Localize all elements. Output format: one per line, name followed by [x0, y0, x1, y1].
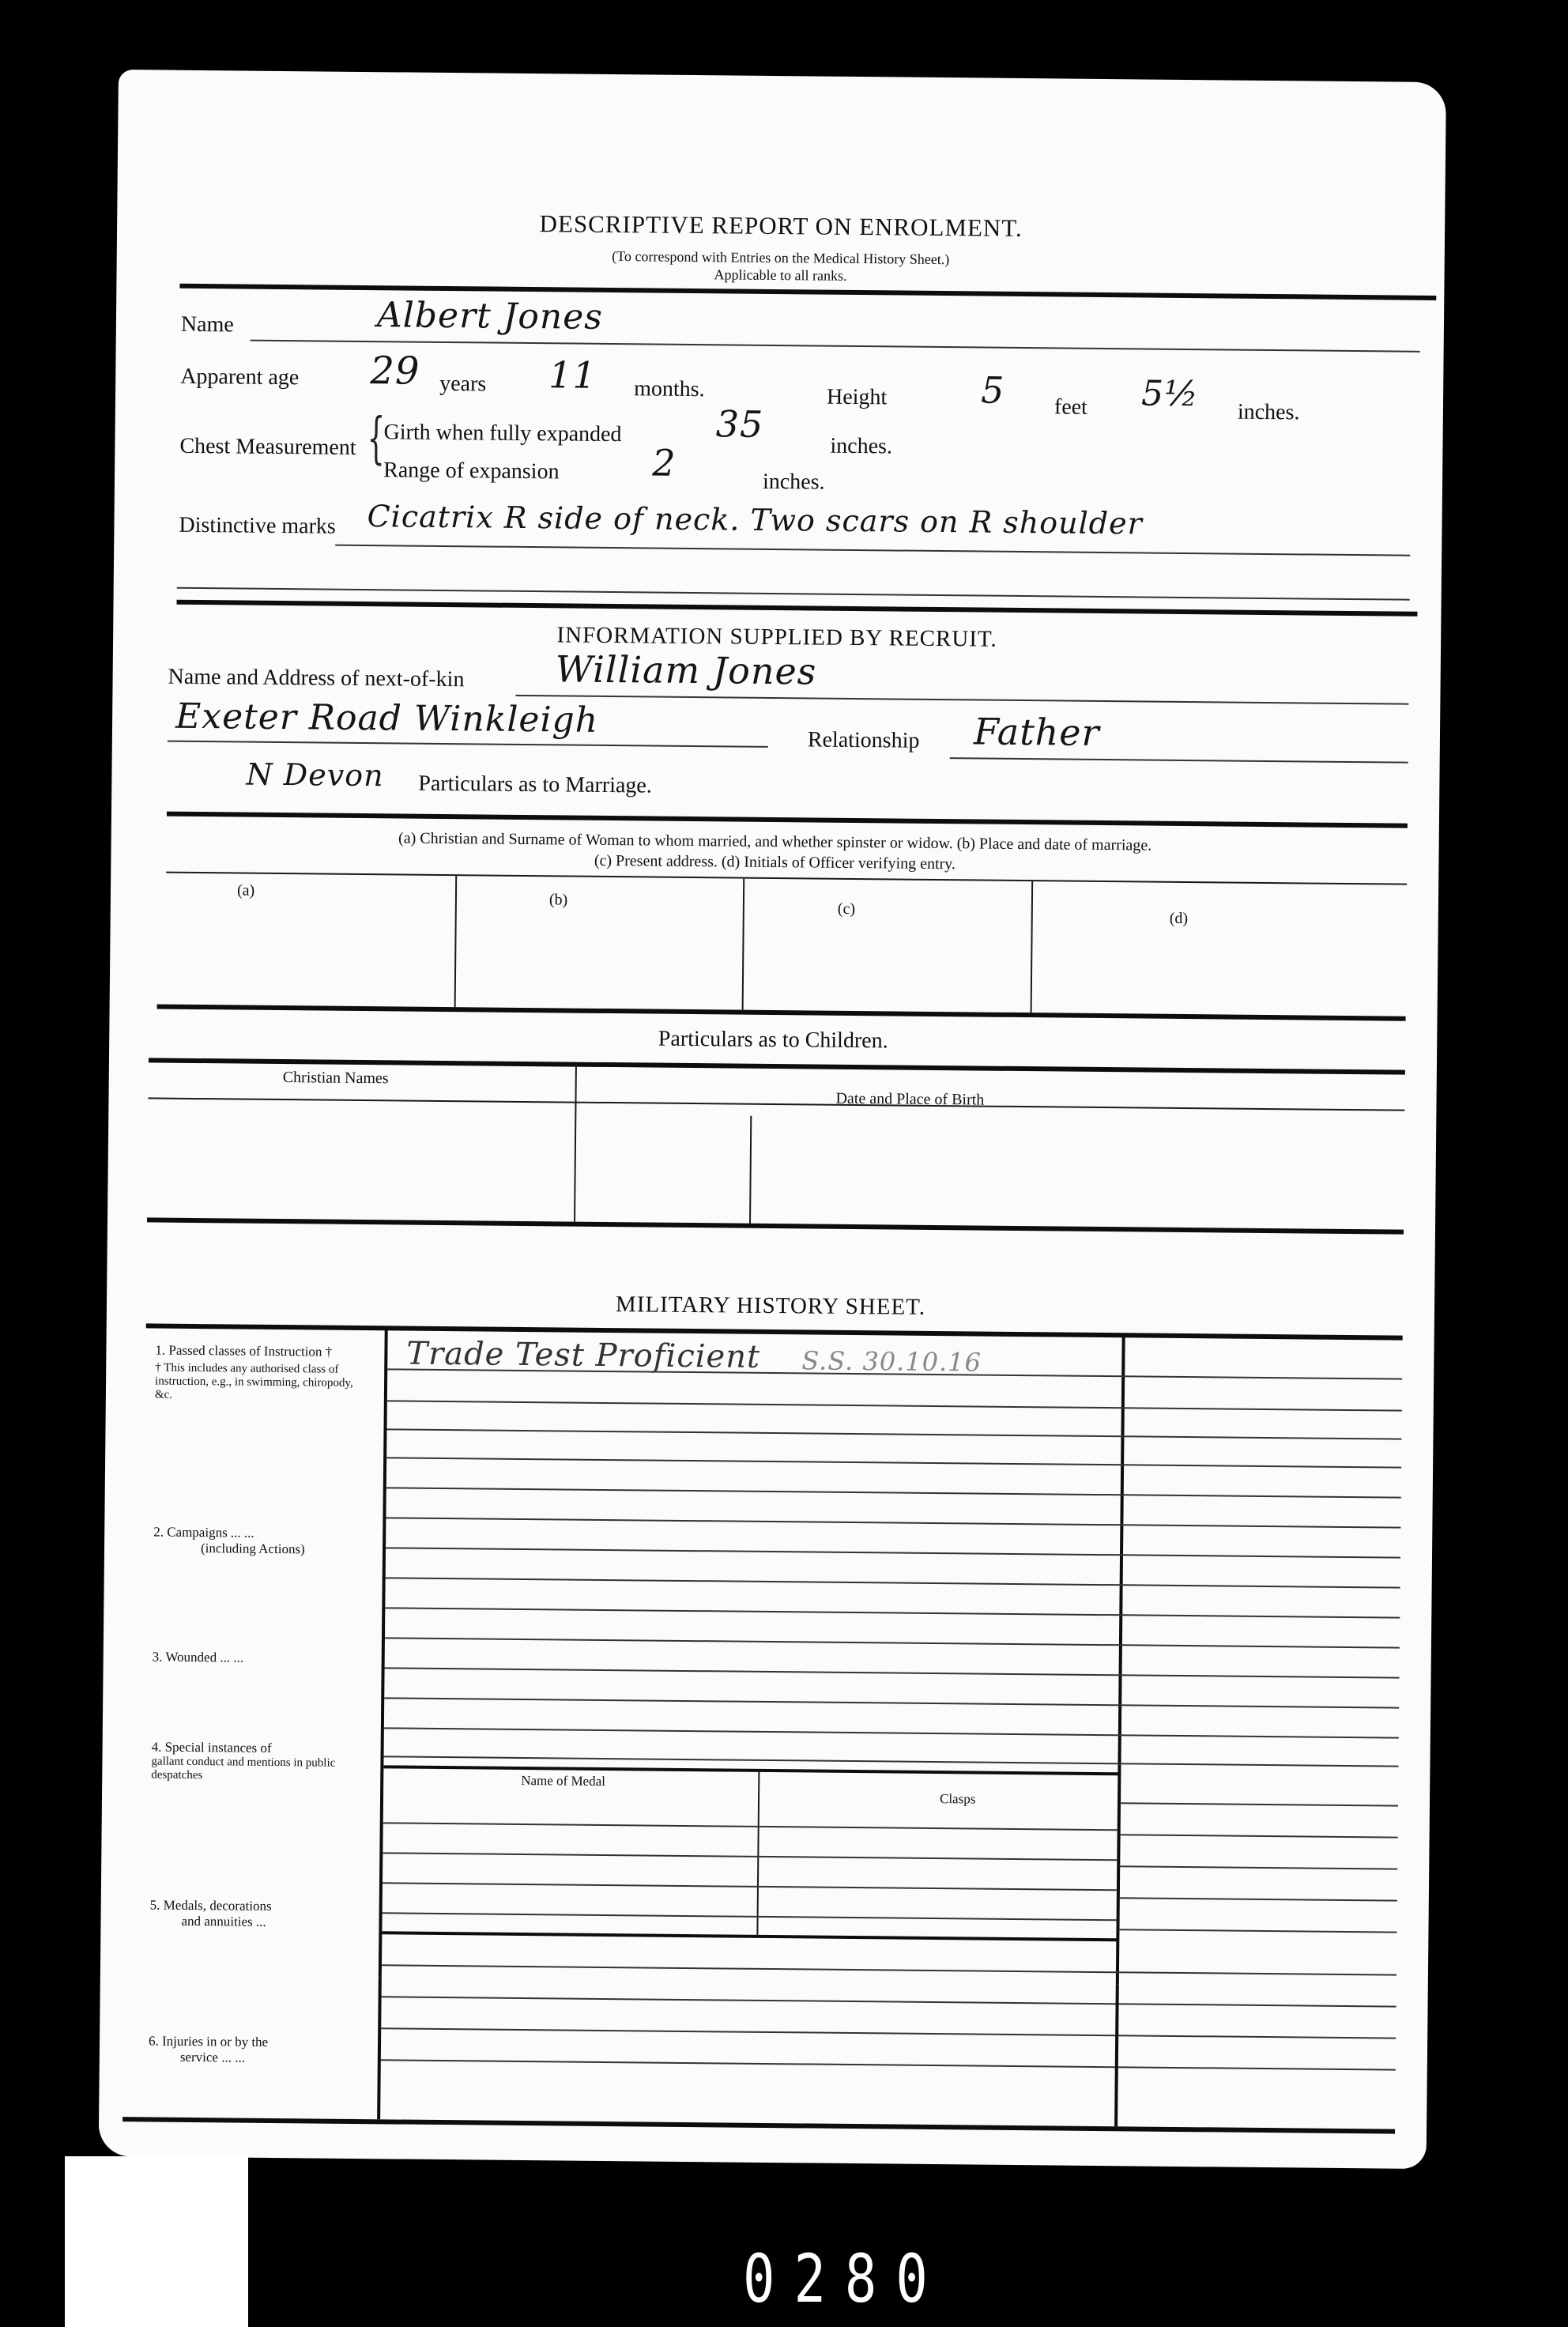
marriage-col-c: (c): [838, 900, 855, 918]
kin-address-line1: Exeter Road Winkleigh: [175, 696, 598, 741]
frame-counter: 0280: [743, 2240, 947, 2318]
entry-line: [382, 1964, 1396, 1975]
kin-address-line2: N Devon: [246, 757, 384, 794]
bottom-divider: [122, 2117, 1395, 2133]
entry-line: [386, 1517, 1400, 1528]
height-feet-value: 5: [981, 368, 1005, 411]
entry-line: [386, 1428, 1401, 1439]
divider: [177, 600, 1418, 617]
kin-line: [515, 695, 1408, 704]
divider: [146, 1323, 1403, 1340]
range-label: Range of expansion: [383, 458, 560, 485]
instruction-entry-stamp: S.S. 30.10.16: [801, 1345, 982, 1377]
item-label: Wounded ... ...: [165, 1650, 243, 1665]
entry-line: [381, 2059, 1396, 2070]
marriage-col-d: (d): [1170, 910, 1189, 928]
age-months-value: 11: [548, 353, 597, 397]
col-divider: [742, 879, 745, 1010]
children-col-names: Christian Names: [283, 1069, 389, 1088]
entry-line: [386, 1577, 1400, 1588]
marriage-heading: Particulars as to Marriage.: [418, 771, 652, 799]
entry-line: [382, 1996, 1396, 2007]
item-number: 2.: [153, 1525, 164, 1540]
inches-label: inches.: [1238, 400, 1300, 426]
range-unit: inches.: [763, 470, 825, 496]
col-divider: [749, 1116, 752, 1224]
item-number: 1.: [155, 1343, 165, 1358]
entry-line: [384, 1697, 1399, 1708]
name-value: Albert Jones: [377, 295, 603, 338]
instruction-entry: Trade Test Proficient: [406, 1336, 760, 1375]
entry-line: [1119, 1897, 1397, 1901]
entry-line: [385, 1667, 1400, 1678]
feet-label: feet: [1054, 394, 1087, 420]
chest-measurement-label: Chest Measurement: [179, 434, 356, 461]
item-label: Passed classes of Instruction †: [168, 1343, 332, 1360]
col-divider: [379, 1329, 388, 1977]
item-label: Campaigns ... ...: [167, 1525, 254, 1541]
enrolment-form-page: DESCRIPTIVE REPORT ON ENROLMENT. (To cor…: [99, 70, 1446, 2169]
children-heading: Particulars as to Children.: [109, 1021, 1437, 1059]
military-item-6: 6. Injuries in or by the service ... ...: [149, 2033, 362, 2067]
entry-line: [383, 1882, 1118, 1890]
relationship-value: Father: [974, 710, 1100, 754]
entry-line: [386, 1547, 1400, 1558]
height-label: Height: [827, 385, 888, 411]
item-note: † This includes any authorised class of …: [155, 1362, 368, 1405]
years-label: years: [439, 371, 486, 398]
military-item-3: 3. Wounded ... ...: [153, 1650, 366, 1668]
divider: [167, 812, 1408, 828]
distinctive-marks-value: Cicatrix R side of neck. Two scars on R …: [367, 499, 1143, 541]
military-item-5: 5. Medals, decorations and annuities ...: [149, 1897, 363, 1931]
military-item-2: 2. Campaigns ... ... (including Actions): [153, 1525, 367, 1559]
medals-top-line: [383, 1765, 1118, 1775]
relationship-line: [950, 757, 1408, 763]
entry-line: [383, 1912, 1118, 1920]
distinctive-marks-label: Distinctive marks: [179, 513, 336, 540]
entry-line: [384, 1727, 1399, 1738]
girth-value: 35: [715, 402, 763, 446]
entry-line: [386, 1487, 1401, 1498]
military-item-1: 1. Passed classes of Instruction † † Thi…: [155, 1343, 369, 1405]
name-line: [251, 340, 1420, 353]
girth-label: Girth when fully expanded: [383, 420, 621, 447]
entry-line: [385, 1637, 1400, 1648]
item-number: 4.: [152, 1739, 162, 1754]
entry-line: [386, 1457, 1401, 1468]
girth-unit: inches.: [830, 434, 892, 460]
film-marker-card: [65, 2156, 248, 2327]
col-divider: [756, 1772, 759, 1935]
item-note: and annuities ...: [149, 1913, 363, 1931]
entry-line: [381, 2027, 1396, 2038]
military-item-4: 4. Special instances of gallant conduct …: [151, 1739, 365, 1784]
item-number: 3.: [153, 1650, 163, 1665]
range-value: 2: [652, 442, 677, 485]
entry-line: [383, 1852, 1118, 1860]
height-inches-value: 5½: [1141, 373, 1199, 414]
item-label: Special instances of: [165, 1740, 272, 1756]
military-history-heading: MILITARY HISTORY SHEET.: [107, 1287, 1434, 1326]
relationship-label: Relationship: [808, 727, 920, 753]
marks-line-2: [177, 587, 1410, 600]
entry-line: [1119, 1865, 1397, 1869]
col-divider: [1116, 1336, 1125, 1984]
item-number: 5.: [150, 1897, 160, 1912]
item-label: Injuries in or by the: [162, 2034, 268, 2050]
medal-col-clasps: Clasps: [940, 1791, 976, 1807]
age-years-value: 29: [370, 349, 420, 394]
name-label: Name: [181, 312, 234, 338]
item-label: Medals, decorations: [164, 1898, 272, 1914]
divider: [148, 1097, 1404, 1111]
col-divider: [377, 1977, 382, 2119]
col-divider: [574, 1064, 577, 1222]
entry-line: [385, 1607, 1400, 1618]
next-of-kin-name: William Jones: [555, 647, 816, 692]
medal-col-name: Name of Medal: [521, 1773, 605, 1790]
divider: [147, 1217, 1404, 1234]
item-note: (including Actions): [153, 1541, 367, 1559]
col-divider: [454, 876, 458, 1007]
divider: [157, 1005, 1406, 1021]
item-note: service ... ...: [149, 2049, 362, 2067]
col-divider: [1031, 881, 1034, 1013]
address-line: [168, 741, 768, 748]
col-divider: [1114, 1984, 1119, 2126]
marriage-col-a: (a): [237, 881, 254, 899]
next-of-kin-label: Name and Address of next-of-kin: [168, 665, 464, 693]
entry-line: [383, 1822, 1118, 1830]
injuries-top-line: [382, 1931, 1117, 1941]
marriage-col-b: (b): [549, 891, 568, 909]
entry-line: [1120, 1802, 1398, 1806]
apparent-age-label: Apparent age: [180, 364, 299, 390]
entry-line: [1120, 1834, 1398, 1838]
brace-icon: {: [367, 410, 385, 466]
item-note: gallant conduct and mentions in public d…: [151, 1755, 364, 1784]
months-label: months.: [634, 376, 705, 402]
marks-line: [335, 545, 1410, 556]
entry-line: [387, 1400, 1402, 1411]
entry-line: [1118, 1929, 1396, 1933]
entry-line: [384, 1756, 1399, 1767]
form-title: DESCRIPTIVE REPORT ON ENROLMENT.: [117, 206, 1445, 247]
item-number: 6.: [149, 2033, 159, 2048]
